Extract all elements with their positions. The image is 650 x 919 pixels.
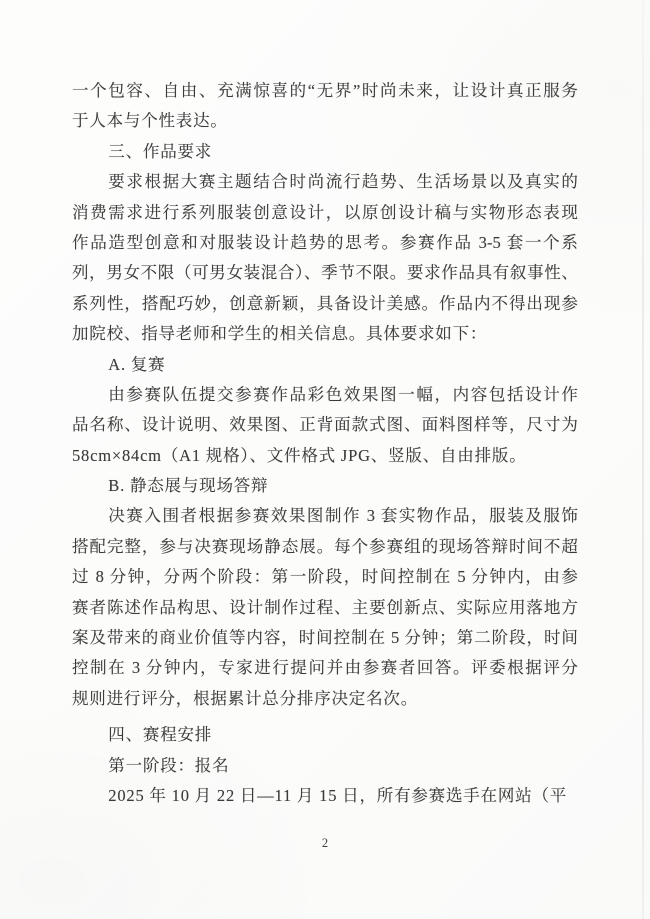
doc-line: 案及带来的商业价值等内容，时间控制在 5 分钟；第二阶段，时间 [72, 623, 578, 653]
doc-line: 过 8 分钟，分两个阶段：第一阶段，时间控制在 5 分钟内，由参 [72, 562, 578, 592]
doc-line: 要求根据大赛主题结合时尚流行趋势、生活场景以及真实的 [72, 167, 578, 197]
doc-line: 系列性，搭配巧妙，创意新颖，具备设计美感。作品内不得出现参 [72, 289, 578, 319]
doc-line: 一个包容、自由、充满惊喜的“无界”时尚未来，让设计真正服务 [72, 76, 578, 106]
doc-line: 作品造型创意和对服装设计趋势的思考。参赛作品 3-5 套一个系 [72, 228, 578, 258]
doc-line: 58cm×84cm（A1 规格）、文件格式 JPG、竖版、自由排版。 [72, 441, 578, 471]
subsection-heading: 第一阶段：报名 [72, 751, 578, 781]
doc-line: 控制在 3 分钟内，专家进行提问并由参赛者回答。评委根据评分 [72, 653, 578, 683]
doc-line: 列，男女不限（可男女装混合）、季节不限。要求作品具有叙事性、 [72, 258, 578, 288]
scan-edge-line [642, 0, 644, 919]
section-heading: 四、赛程安排 [72, 720, 578, 750]
page-number: 2 [72, 836, 578, 851]
doc-line: 决赛入围者根据参赛效果图制作 3 套实物作品，服装及服饰 [72, 501, 578, 531]
document-body: 一个包容、自由、充满惊喜的“无界”时尚未来，让设计真正服务 于人本与个性表达。 … [72, 76, 578, 811]
subsection-heading: B. 静态展与现场答辩 [72, 471, 578, 501]
doc-line: 搭配完整，参与决赛现场静态展。每个参赛组的现场答辩时间不超 [72, 532, 578, 562]
document-page: 一个包容、自由、充满惊喜的“无界”时尚未来，让设计真正服务 于人本与个性表达。 … [0, 0, 650, 919]
doc-line: 由参赛队伍提交参赛作品彩色效果图一幅，内容包括设计作 [72, 380, 578, 410]
section-heading: 三、作品要求 [72, 137, 578, 167]
doc-line: 于人本与个性表达。 [72, 106, 578, 136]
doc-line: 赛者陈述作品构思、设计制作过程、主要创新点、实际应用落地方 [72, 593, 578, 623]
subsection-heading: A. 复赛 [72, 350, 578, 380]
doc-line: 品名称、设计说明、效果图、正背面款式图、面料图样等，尺寸为 [72, 410, 578, 440]
doc-line: 消费需求进行系列服装创意设计，以原创设计稿与实物形态表现 [72, 198, 578, 228]
doc-line: 2025 年 10 月 22 日—11 月 15 日，所有参赛选手在网站（平 [72, 781, 578, 811]
doc-line: 规则进行评分，根据累计总分排序决定名次。 [72, 684, 578, 714]
doc-line: 加院校、指导老师和学生的相关信息。具体要求如下： [72, 319, 578, 349]
